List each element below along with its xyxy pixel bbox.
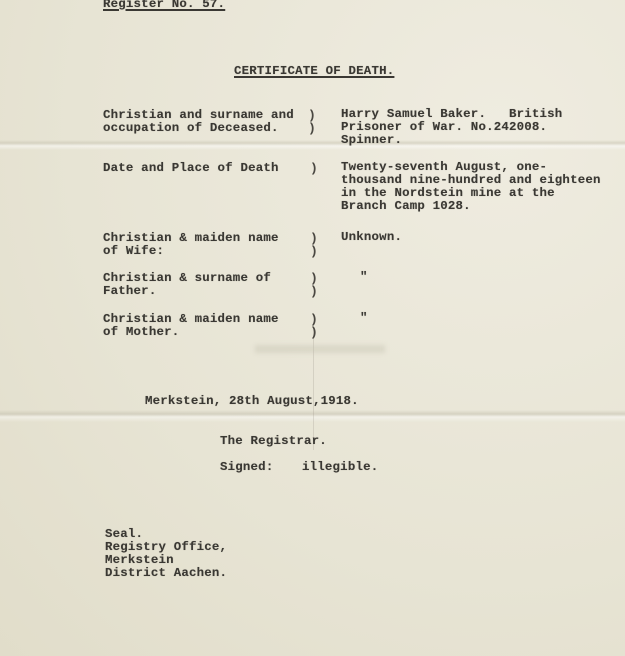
field-value-line: " xyxy=(360,271,368,284)
field-value-line: Branch Camp 1028. xyxy=(341,200,471,213)
field-value-line: Spinner. xyxy=(341,134,402,147)
field-value-line: Unknown. xyxy=(341,231,402,244)
place-and-date: Merkstein, 28th August,1918. xyxy=(145,395,359,408)
brace-mark: ) xyxy=(310,285,318,298)
brace-mark: ) xyxy=(310,326,318,339)
brace-mark: ) xyxy=(310,245,318,258)
field-value-line: " xyxy=(360,312,368,325)
registrar-title: The Registrar. xyxy=(220,435,327,448)
field-label-line: Father. xyxy=(103,285,156,298)
brace-mark: ) xyxy=(308,122,316,135)
certificate-title: CERTIFICATE OF DEATH. xyxy=(234,65,394,78)
brace-mark: ) xyxy=(310,162,318,175)
signed-value: illegible. xyxy=(302,461,378,474)
paper-smudge xyxy=(255,345,385,353)
signed-label: Signed: xyxy=(220,461,273,474)
field-label-line: of Mother. xyxy=(103,326,179,339)
seal-line: District Aachen. xyxy=(105,567,227,580)
death-certificate-page: Register No. 57. CERTIFICATE OF DEATH. C… xyxy=(0,0,625,656)
field-label-line: of Wife: xyxy=(103,245,164,258)
field-label-line: Date and Place of Death xyxy=(103,162,279,175)
register-number: Register No. 57. xyxy=(103,0,225,11)
field-label-line: occupation of Deceased. xyxy=(103,122,279,135)
